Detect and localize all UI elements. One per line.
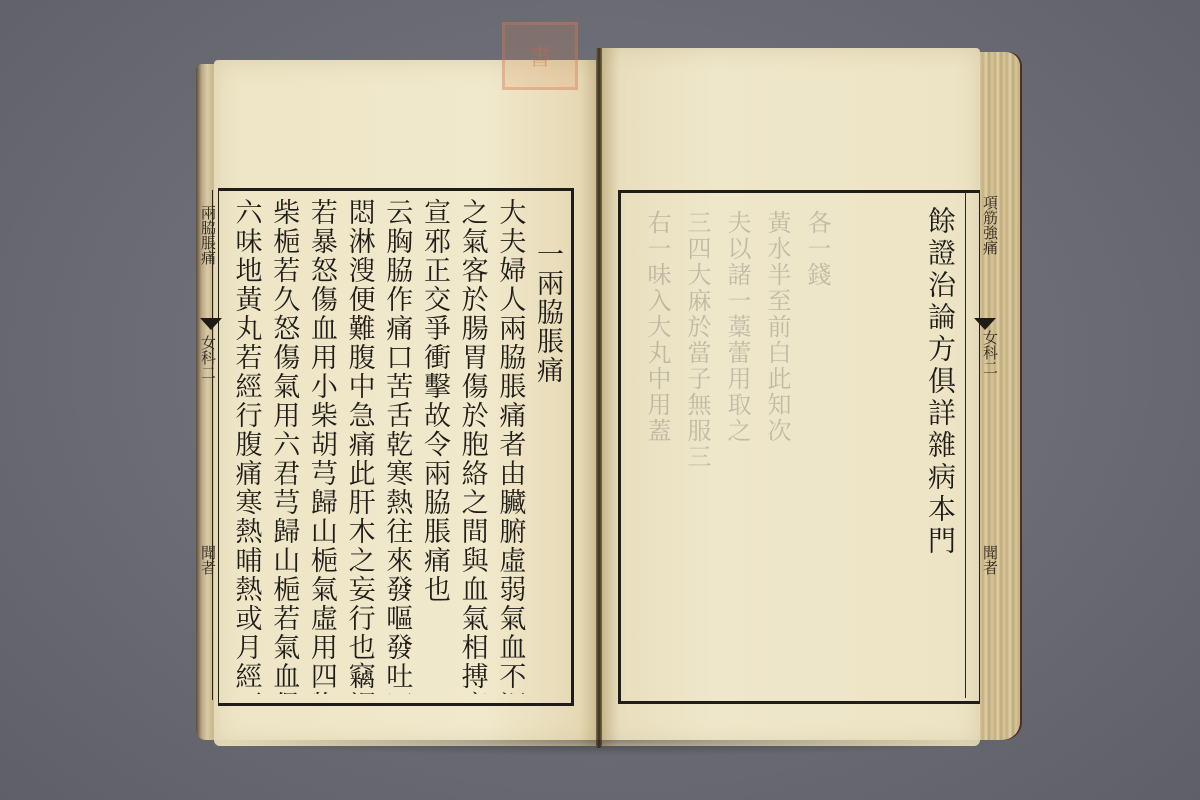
red-seal-stamp: 書 (502, 22, 578, 90)
text-column: 六味地黃丸若經行腹痛寒熱晡熱或月經不調發 (227, 198, 265, 694)
text-column: 悶淋溲便難腹中急痛此肝木之妄行也竊謂前證 (340, 198, 378, 694)
ghost-column: 夫以諸一藁蕾用取之 (720, 210, 754, 680)
right-block-heart-bottom: 聞者 (980, 545, 1001, 575)
fish-tail-mark (974, 318, 996, 330)
right-block-heart-volume: 女科二 (980, 330, 1001, 375)
book-gutter (596, 48, 602, 748)
text-column: 大夫婦人兩脇脹痛者由臟腑虛弱氣血不調風冷 (491, 198, 529, 694)
ghost-column: 各一錢 (800, 210, 834, 680)
left-page-text-columns: 一兩脇脹痛 大夫婦人兩脇脹痛者由臟腑虛弱氣血不調風冷 之氣客於腸胃傷於胞絡之間與… (226, 198, 566, 694)
right-block-heart-title: 項筋強痛 (980, 195, 1001, 255)
stamp-text: 書 (529, 41, 551, 72)
text-column: 柴梔若久怒傷氣用六君芎歸山梔若氣血俱虛用 (265, 198, 303, 694)
ghost-column: 黃水半至前白此知次 (760, 210, 794, 680)
left-block-heart-bottom: 聞者 (198, 545, 219, 575)
left-block-heart-title: 兩脇脹痛 (198, 205, 219, 265)
ghost-column: 右一味入大丸中用蓋 (640, 210, 674, 680)
left-block-heart-volume: 女科二 (198, 335, 219, 380)
book-shadow (200, 740, 1020, 756)
text-column: 宣邪正交爭衝擊故令兩脇脹痛也 (415, 198, 453, 694)
text-column: 云胸脇作痛口苦舌乾寒熱往來發嘔發吐四肢滿 (378, 198, 416, 694)
open-book: 書 一兩脇脹痛 大夫婦人兩脇脹痛者由臟腑虛弱氣血不調風冷 之氣客於腸胃傷於胞絡之… (0, 0, 1200, 800)
right-margin-rule (965, 192, 966, 698)
text-column: 若暴怒傷血用小柴胡芎歸山梔氣虛用四物參朮 (302, 198, 340, 694)
right-page-heading: 餘證治論方俱詳雜病本門 (920, 206, 960, 558)
fish-tail-mark (200, 318, 222, 330)
text-column-title: 一兩脇脹痛 (528, 198, 566, 736)
ghost-column: 三四大麻於當子無服三 (680, 210, 714, 680)
bleed-through-text: 右一味入大丸中用蓋 三四大麻於當子無服三 夫以諸一藁蕾用取之 黃水半至前白此知次… (640, 210, 930, 680)
left-margin-rule (212, 190, 213, 700)
text-column: 之氣客於腸胃傷於胞絡之間與血氣相搏壅塞不 (453, 198, 491, 694)
